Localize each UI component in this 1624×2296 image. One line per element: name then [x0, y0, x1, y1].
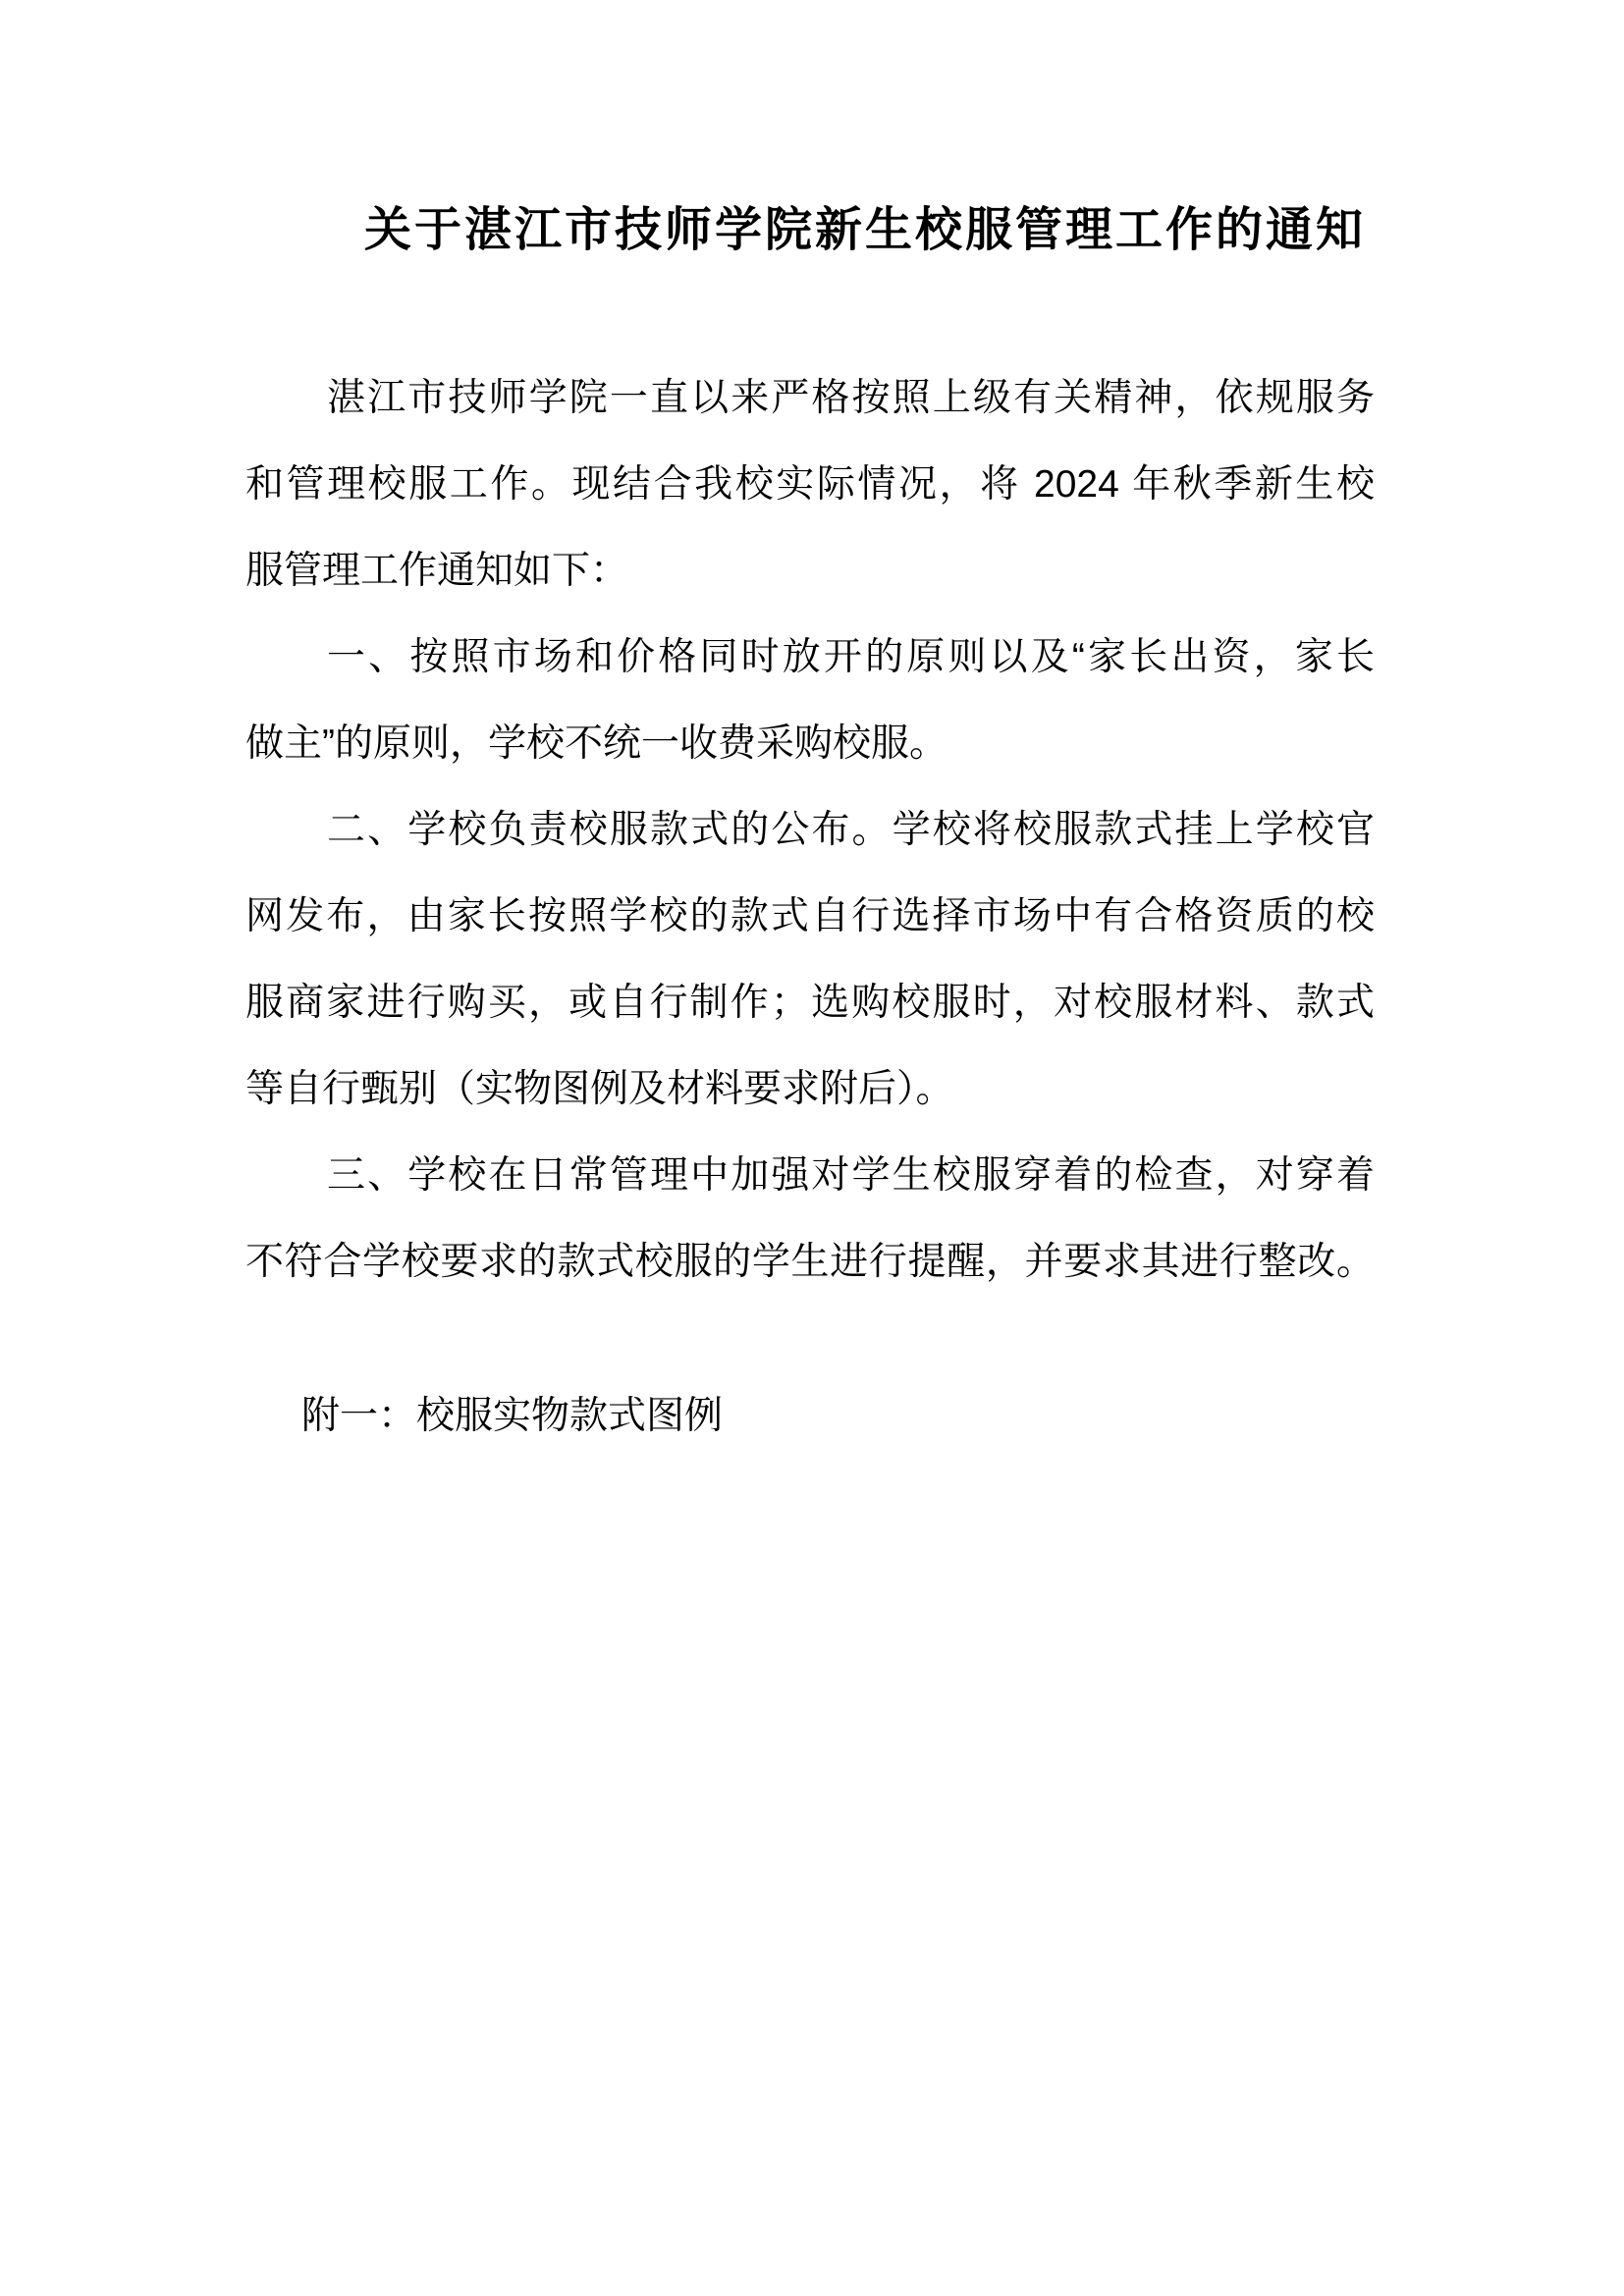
text-line: 一、按照市场和价格同时放开的原则以及“家长出资，家长: [245, 614, 1375, 701]
text-line: 服商家进行购买，或自行制作；选购校服时，对校服材料、款式: [245, 960, 1375, 1046]
paragraph-intro: 湛江市技师学院一直以来严格按照上级有关精神，依规服务 和管理校服工作。现结合我校…: [245, 355, 1375, 614]
attachment-note: 附一：校服实物款式图例: [245, 1373, 1375, 1460]
paragraph-item-2: 二、学校负责校服款式的公布。学校将校服款式挂上学校官 网发布，由家长按照学校的款…: [245, 787, 1375, 1133]
paragraph-item-3: 三、学校在日常管理中加强对学生校服穿着的检查，对穿着 不符合学校要求的款式校服的…: [245, 1133, 1375, 1306]
paragraph-item-1: 一、按照市场和价格同时放开的原则以及“家长出资，家长 做主”的原则，学校不统一收…: [245, 614, 1375, 787]
document-body: 湛江市技师学院一直以来严格按照上级有关精神，依规服务 和管理校服工作。现结合我校…: [245, 355, 1375, 1460]
text-line: 网发布，由家长按照学校的款式自行选择市场中有合格资质的校: [245, 874, 1375, 960]
document-title: 关于湛江市技师学院新生校服管理工作的通知: [0, 0, 1624, 275]
text-line: 服管理工作通知如下：: [245, 528, 1375, 614]
text-line: 做主”的原则，学校不统一收费采购校服。: [245, 701, 1375, 787]
text-line: 等自行甄别（实物图例及材料要求附后）。: [245, 1046, 1375, 1133]
text-line: 和管理校服工作。现结合我校实际情况，将 2024 年秋季新生校: [245, 442, 1375, 528]
text-line: 三、学校在日常管理中加强对学生校服穿着的检查，对穿着: [245, 1133, 1375, 1219]
document-page: 关于湛江市技师学院新生校服管理工作的通知 湛江市技师学院一直以来严格按照上级有关…: [0, 0, 1624, 2296]
text-line: 不符合学校要求的款式校服的学生进行提醒，并要求其进行整改。: [245, 1219, 1375, 1306]
text-line: 湛江市技师学院一直以来严格按照上级有关精神，依规服务: [245, 355, 1375, 442]
text-line: 二、学校负责校服款式的公布。学校将校服款式挂上学校官: [245, 787, 1375, 874]
